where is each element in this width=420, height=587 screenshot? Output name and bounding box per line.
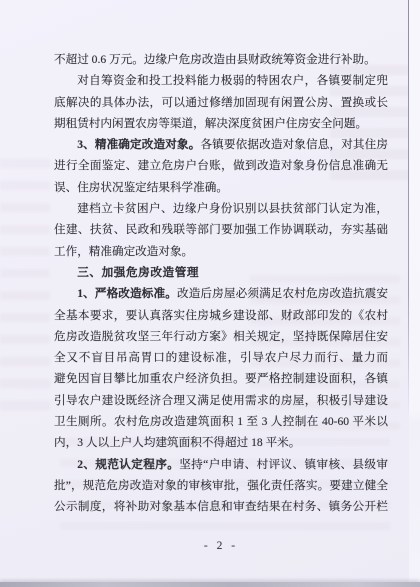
clause-title: 1、严格改造标准。 bbox=[77, 287, 177, 300]
scan-margin-strip bbox=[409, 0, 420, 587]
text-line: 2、规范认定程序。坚持“户申请、村评议、镇审核、县级审 bbox=[54, 454, 388, 475]
text-line: 全又不盲目吊高胃口的建设标准，引导农户尽力而行、量力而为， bbox=[54, 347, 388, 368]
fold-crease-line bbox=[408, 0, 409, 418]
bleed-through-smudge bbox=[0, 150, 50, 410]
text-line: 卫生厕所。农村危房改造建筑面积 1 至 3 人控制在 40-60 平米以 bbox=[54, 411, 388, 432]
text-line: 住建、扶贫、民政和残联等部门要加强工作协调联动，夯实基础 bbox=[54, 219, 388, 240]
text-line: 工作，精准确定改造对象。 bbox=[54, 241, 388, 262]
scan-bottom-edge bbox=[0, 582, 420, 587]
section-heading: 三、加强危房改造管理 bbox=[54, 262, 388, 283]
text-line: 公示制度，将补助对象基本信息和审查结果在村务、镇务公开栏 bbox=[54, 496, 388, 517]
text-line: 对自筹资金和投工投料能力极弱的特困农户，各镇要制定兜 bbox=[54, 70, 388, 91]
text-line: 危房改造脱贫攻坚三年行动方案》相关规定，坚持既保障居住安 bbox=[54, 326, 388, 347]
text-line: 建档立卡贫困户、边缘户身份识别以县扶贫部门认定为准， bbox=[54, 198, 388, 219]
text-line: 避免因盲目攀比加重农户经济负担。要严格控制建设面积，各镇 bbox=[54, 368, 388, 389]
clause-title: 2、规范认定程序。 bbox=[77, 458, 179, 471]
document-page: 不超过 0.6 万元。边缘户危房改造由县财政统筹资金进行补助。对自筹资金和投工投… bbox=[0, 0, 420, 587]
text-line: 1、严格改造标准。改造后房屋必须满足农村危房改造抗震安 bbox=[54, 283, 388, 304]
text-line: 误、住房状况鉴定结果科学准确。 bbox=[54, 177, 388, 198]
section-heading-text: 三、加强危房改造管理 bbox=[77, 266, 199, 279]
text-line: 内，3 人以上户人均建筑面积不得超过 18 平米。 bbox=[54, 432, 388, 453]
text-line: 引导农户建设既经济合理又满足使用需求的房屋，积极引导建设 bbox=[54, 390, 388, 411]
text-line: 不超过 0.6 万元。边缘户危房改造由县财政统筹资金进行补助。 bbox=[54, 49, 388, 70]
text-line: 全基本要求，要认真落实住房城乡建设部、财政部印发的《农村 bbox=[54, 305, 388, 326]
page-number: - 2 - bbox=[54, 540, 388, 552]
text-line: 底解决的具体办法，可以通过修缮加固现有闲置公房、置换或长 bbox=[54, 92, 388, 113]
text-line: 批”，规范危房改造对象的审核审批，强化责任落实。要建立健全 bbox=[54, 475, 388, 496]
text-line: 3、精准确定改造对象。各镇要依据改造对象信息，对其住房 bbox=[54, 134, 388, 155]
clause-title: 3、精准确定改造对象。 bbox=[77, 138, 200, 151]
text-line: 期租赁村内闲置农房等渠道，解决深度贫困户住房安全问题。 bbox=[54, 113, 388, 134]
text-line: 进行全面鉴定、建立危房户台账，做到改造对象身份信息准确无 bbox=[54, 155, 388, 176]
document-body: 不超过 0.6 万元。边缘户危房改造由县财政统筹资金进行补助。对自筹资金和投工投… bbox=[54, 49, 388, 518]
